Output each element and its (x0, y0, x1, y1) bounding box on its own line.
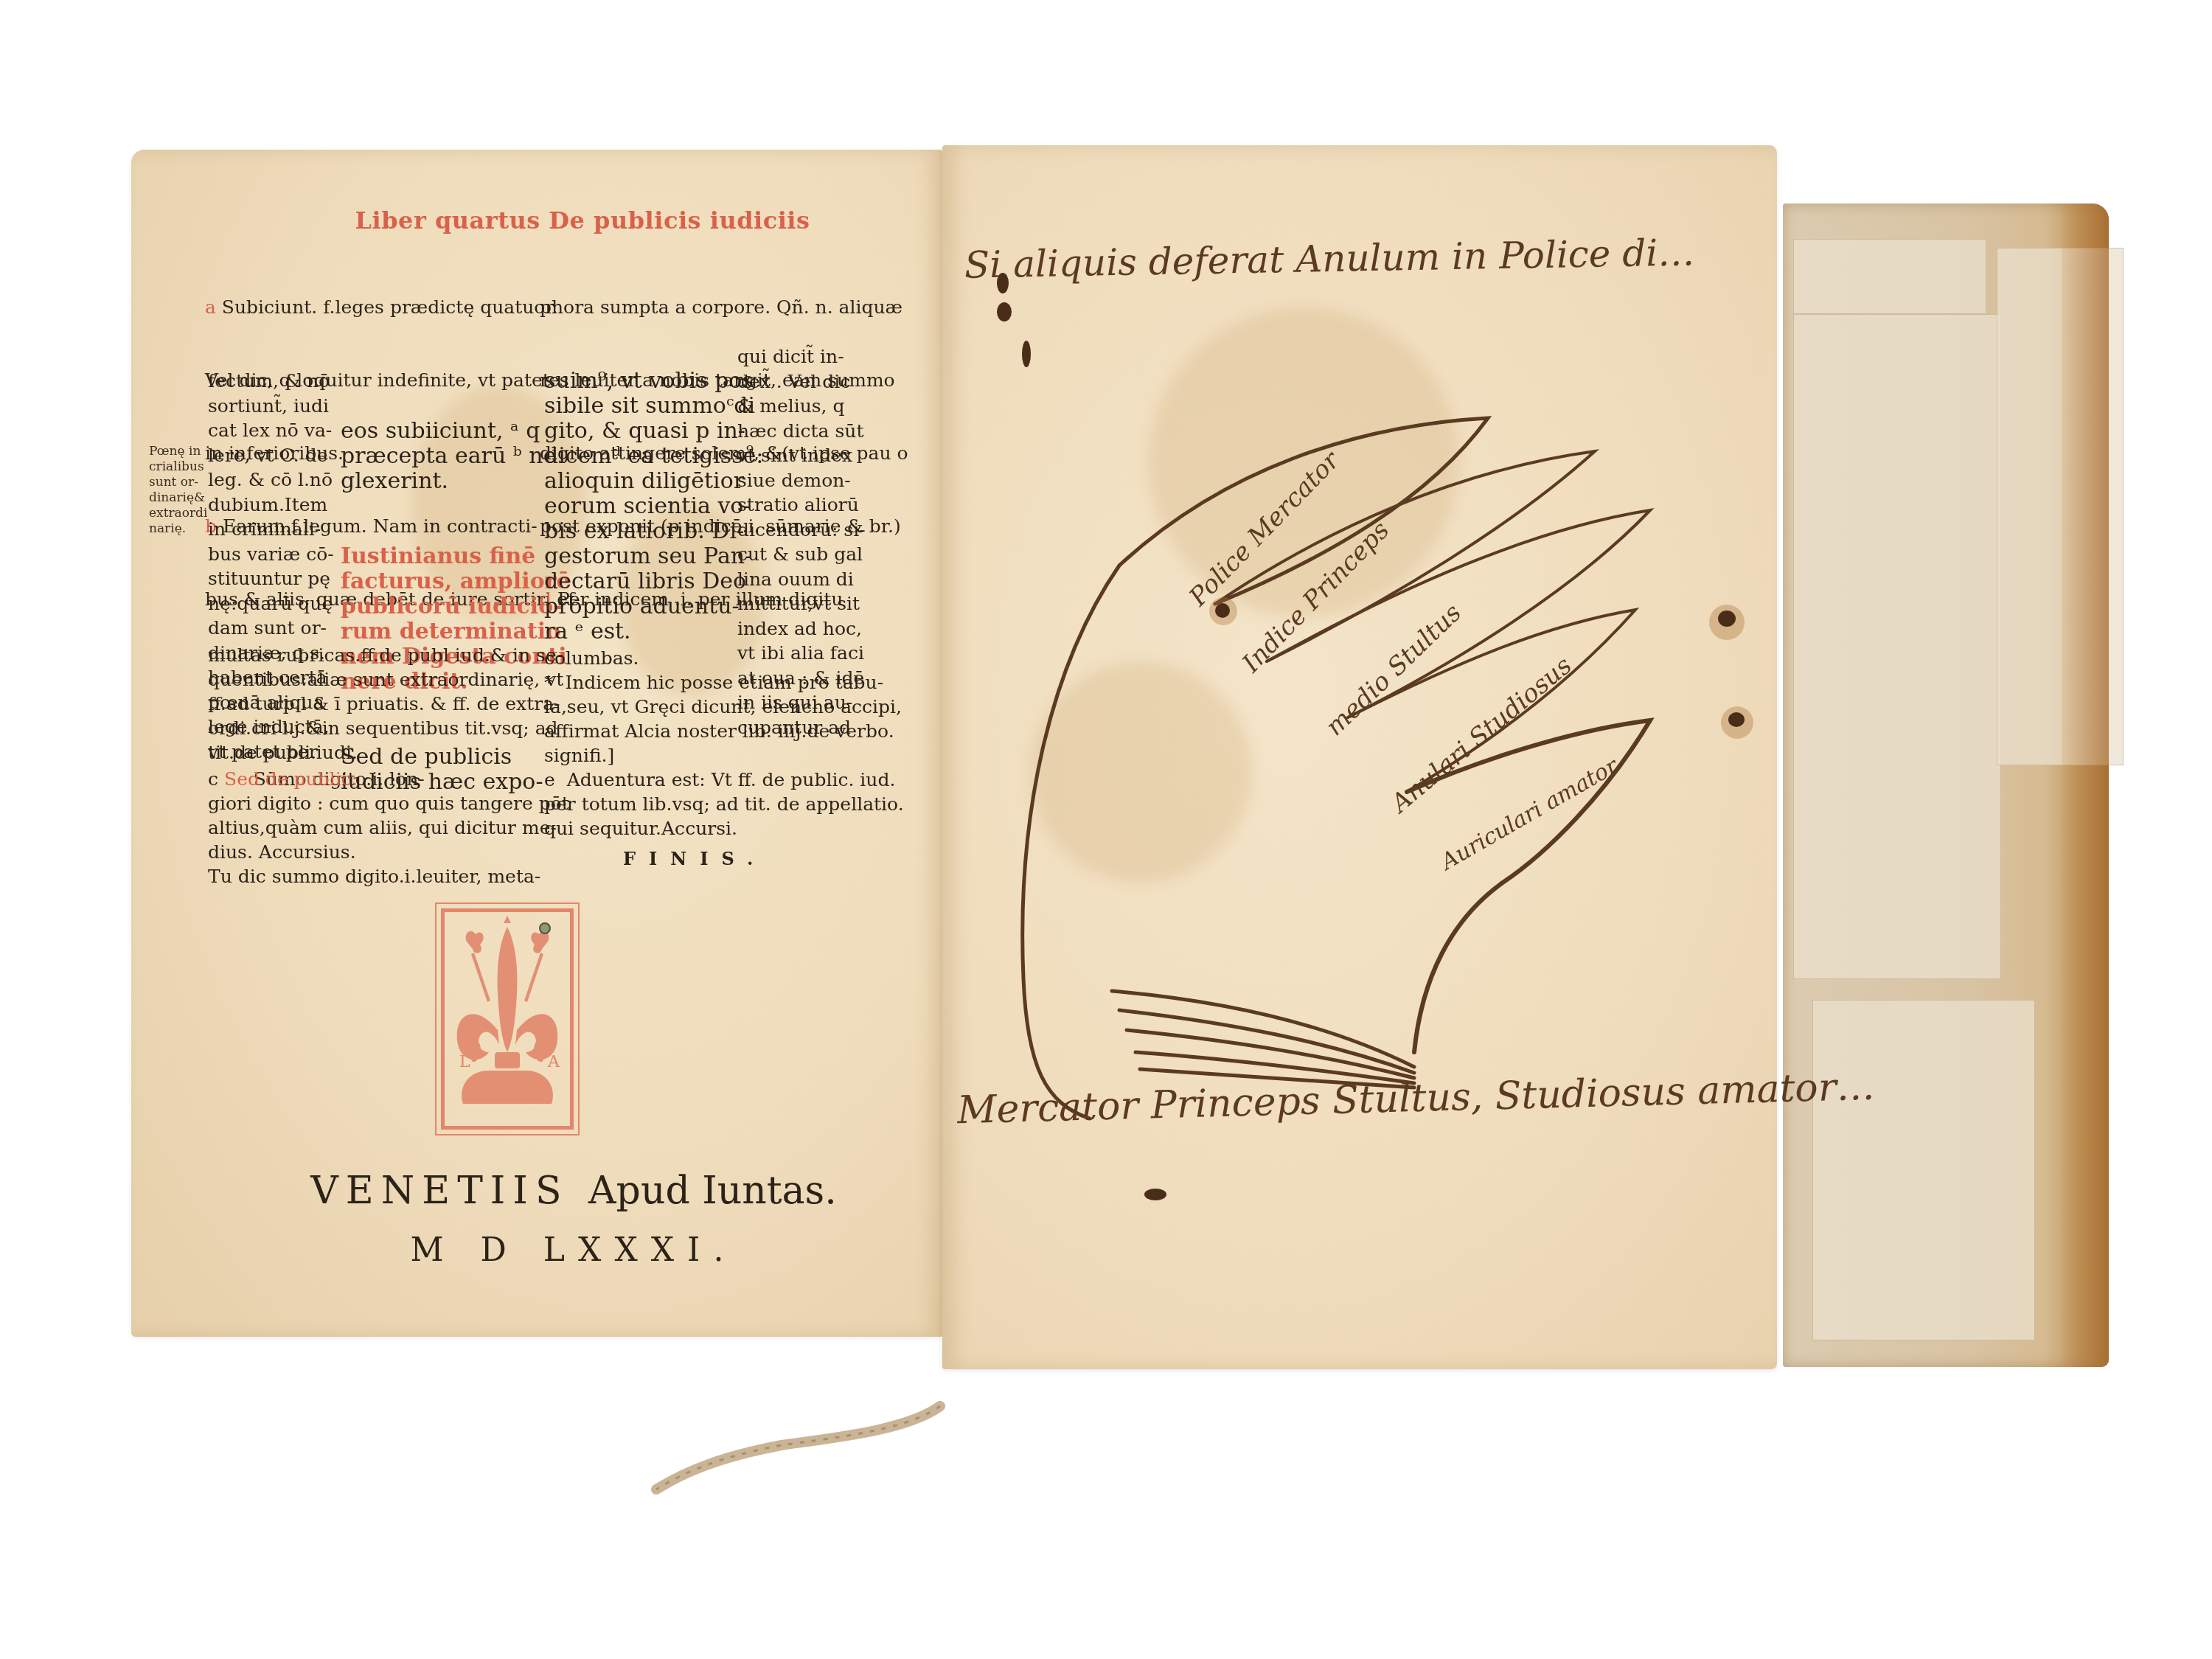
ink-blot (1215, 603, 1230, 618)
pin-mark (539, 922, 551, 934)
pastedown-fragment (1793, 314, 2001, 979)
pastedown-fragment (1812, 1000, 2035, 1340)
pastedown-fragment (1793, 239, 1986, 314)
ink-blot (1718, 611, 1736, 627)
commentary-bottom-left: multas rubricas.ff.de publ iud.& in se- … (208, 643, 563, 765)
finis: FINIS. (623, 848, 766, 869)
ink-blot (997, 302, 1012, 321)
leather-turn-in (2062, 204, 2109, 1367)
device-initial-left: L (459, 1053, 470, 1071)
back-cover-binding (1783, 204, 2109, 1367)
imprint-date: M D LXXXI. (234, 1231, 913, 1269)
commentary-c-rubric: Sed de public: (224, 767, 358, 791)
foxing-stain (1149, 307, 1458, 617)
device-initial-right: A (547, 1053, 560, 1071)
main-text-column-2: suim⁹, vt vobis pos sibile sit summoᶜdi … (544, 369, 763, 644)
ink-blot (1728, 712, 1745, 727)
marginal-note: Pœnę in crialibus sunt or- dinarię& extr… (149, 444, 207, 537)
commentary-bottom-right: columbas. * Indicem hic posse etiam pro … (544, 646, 904, 841)
ink-blot (1144, 1189, 1166, 1200)
ink-blot (1022, 341, 1031, 367)
printers-device: L A (441, 908, 574, 1130)
imprint-place-printer: VENETIIS Apud Iuntas. (234, 1169, 913, 1213)
foxing-stain (1031, 661, 1252, 883)
right-page (942, 145, 1777, 1369)
note-marker: a (205, 296, 216, 318)
fleur-de-lis-icon: L A (445, 912, 570, 1126)
running-head: Liber quartus De publicis iudiciis (243, 206, 922, 234)
commentary-final-left: Tu dic summo digito.i.leuiter, meta- (208, 864, 540, 888)
